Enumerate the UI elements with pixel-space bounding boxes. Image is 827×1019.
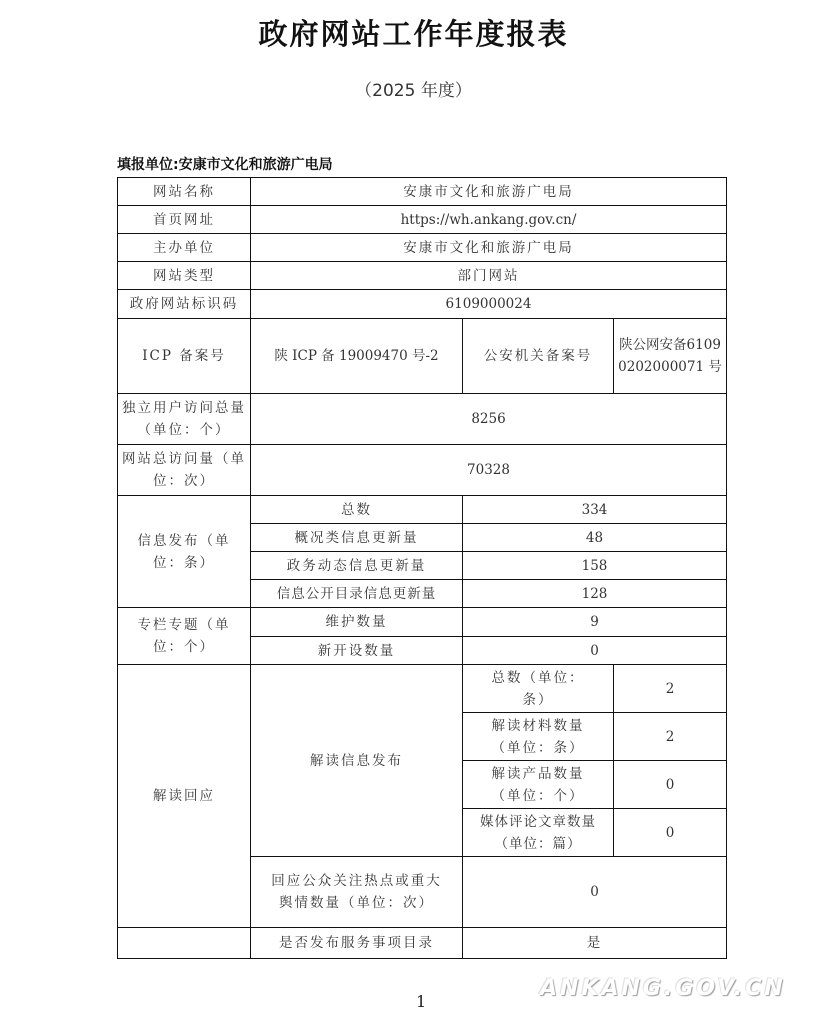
- group-label: 解读回应: [118, 665, 251, 928]
- row-label: 维护数量: [251, 608, 463, 637]
- site-type-value: 部门网站: [251, 262, 727, 290]
- row-value: 0: [463, 637, 727, 665]
- row-value: 9: [463, 608, 727, 637]
- row-label: 解读产品数量（单位：个）: [463, 761, 614, 809]
- report-table: 网站名称 安康市文化和旅游广电局 首页网址 https://wh.ankang.…: [117, 177, 727, 959]
- table-row: 网站名称 安康市文化和旅游广电局: [118, 178, 727, 206]
- total-visits-value: 70328: [251, 445, 727, 496]
- table-row: 首页网址 https://wh.ankang.gov.cn/: [118, 206, 727, 234]
- row-label: 解读材料数量（单位：条）: [463, 713, 614, 761]
- page-title: 政府网站工作年度报表: [0, 12, 827, 53]
- row-label: 媒体评论文章数量（单位：篇）: [463, 809, 614, 857]
- row-label: 总数（单位：条）: [463, 665, 614, 713]
- row-label: 新开设数量: [251, 637, 463, 665]
- site-name-value: 安康市文化和旅游广电局: [251, 178, 727, 206]
- sponsor-value: 安康市文化和旅游广电局: [251, 234, 727, 262]
- homepage-url[interactable]: https://wh.ankang.gov.cn/: [251, 206, 727, 234]
- report-year: （2025 年度）: [0, 76, 827, 101]
- row-label: 网站类型: [118, 262, 251, 290]
- row-label: 总数: [251, 496, 463, 524]
- watermark-logo: ANKANG.GOV.CN: [540, 976, 786, 1001]
- row-value: 是: [463, 928, 727, 959]
- table-row: 独立用户访问总量（单位：个） 8256: [118, 394, 727, 445]
- row-value: 334: [463, 496, 727, 524]
- table-row: 专栏专题（单位：个） 维护数量 9: [118, 608, 727, 637]
- row-value: 0: [614, 809, 727, 857]
- row-value: 0: [614, 761, 727, 809]
- table-row: 网站类型 部门网站: [118, 262, 727, 290]
- group-label: 专栏专题（单位：个）: [118, 608, 251, 665]
- police-label: 公安机关备案号: [463, 319, 614, 394]
- row-value: 0: [463, 857, 727, 928]
- police-value: 陕公网安备61090202000071 号: [614, 319, 727, 394]
- table-row: ICP 备案号 陕 ICP 备 19009470 号-2 公安机关备案号 陕公网…: [118, 319, 727, 394]
- table-row: 政府网站标识码 6109000024: [118, 290, 727, 319]
- row-label: 回应公众关注热点或重大舆情数量（单位：次）: [251, 857, 463, 928]
- row-value: 128: [463, 580, 727, 608]
- table-row: 网站总访问量（单位：次） 70328: [118, 445, 727, 496]
- row-label: 网站总访问量（单位：次）: [118, 445, 251, 496]
- row-label: 概况类信息更新量: [251, 524, 463, 552]
- row-value: 158: [463, 552, 727, 580]
- page-number: 1: [416, 992, 426, 1011]
- row-label: 政务动态信息更新量: [251, 552, 463, 580]
- icp-value: 陕 ICP 备 19009470 号-2: [251, 319, 463, 394]
- unique-visitors-value: 8256: [251, 394, 727, 445]
- row-label: 是否发布服务事项目录: [251, 928, 463, 959]
- row-label: 独立用户访问总量（单位：个）: [118, 394, 251, 445]
- row-label: 首页网址: [118, 206, 251, 234]
- table-row: 是否发布服务事项目录 是: [118, 928, 727, 959]
- site-code-value: 6109000024: [251, 290, 727, 319]
- table-row: 解读回应 解读信息发布 总数（单位：条） 2: [118, 665, 727, 713]
- row-label: 网站名称: [118, 178, 251, 206]
- row-label: ICP 备案号: [118, 319, 251, 394]
- row-label: 政府网站标识码: [118, 290, 251, 319]
- table-row: 信息发布（单位：条） 总数 334: [118, 496, 727, 524]
- row-value: 48: [463, 524, 727, 552]
- row-label: 主办单位: [118, 234, 251, 262]
- reporting-unit: 填报单位:安康市文化和旅游广电局: [117, 154, 333, 174]
- row-value: 2: [614, 665, 727, 713]
- row-value: 2: [614, 713, 727, 761]
- empty-cell: [118, 928, 251, 959]
- group-label: 信息发布（单位：条）: [118, 496, 251, 608]
- sub-group-label: 解读信息发布: [251, 665, 463, 857]
- table-row: 主办单位 安康市文化和旅游广电局: [118, 234, 727, 262]
- row-label: 信息公开目录信息更新量: [251, 580, 463, 608]
